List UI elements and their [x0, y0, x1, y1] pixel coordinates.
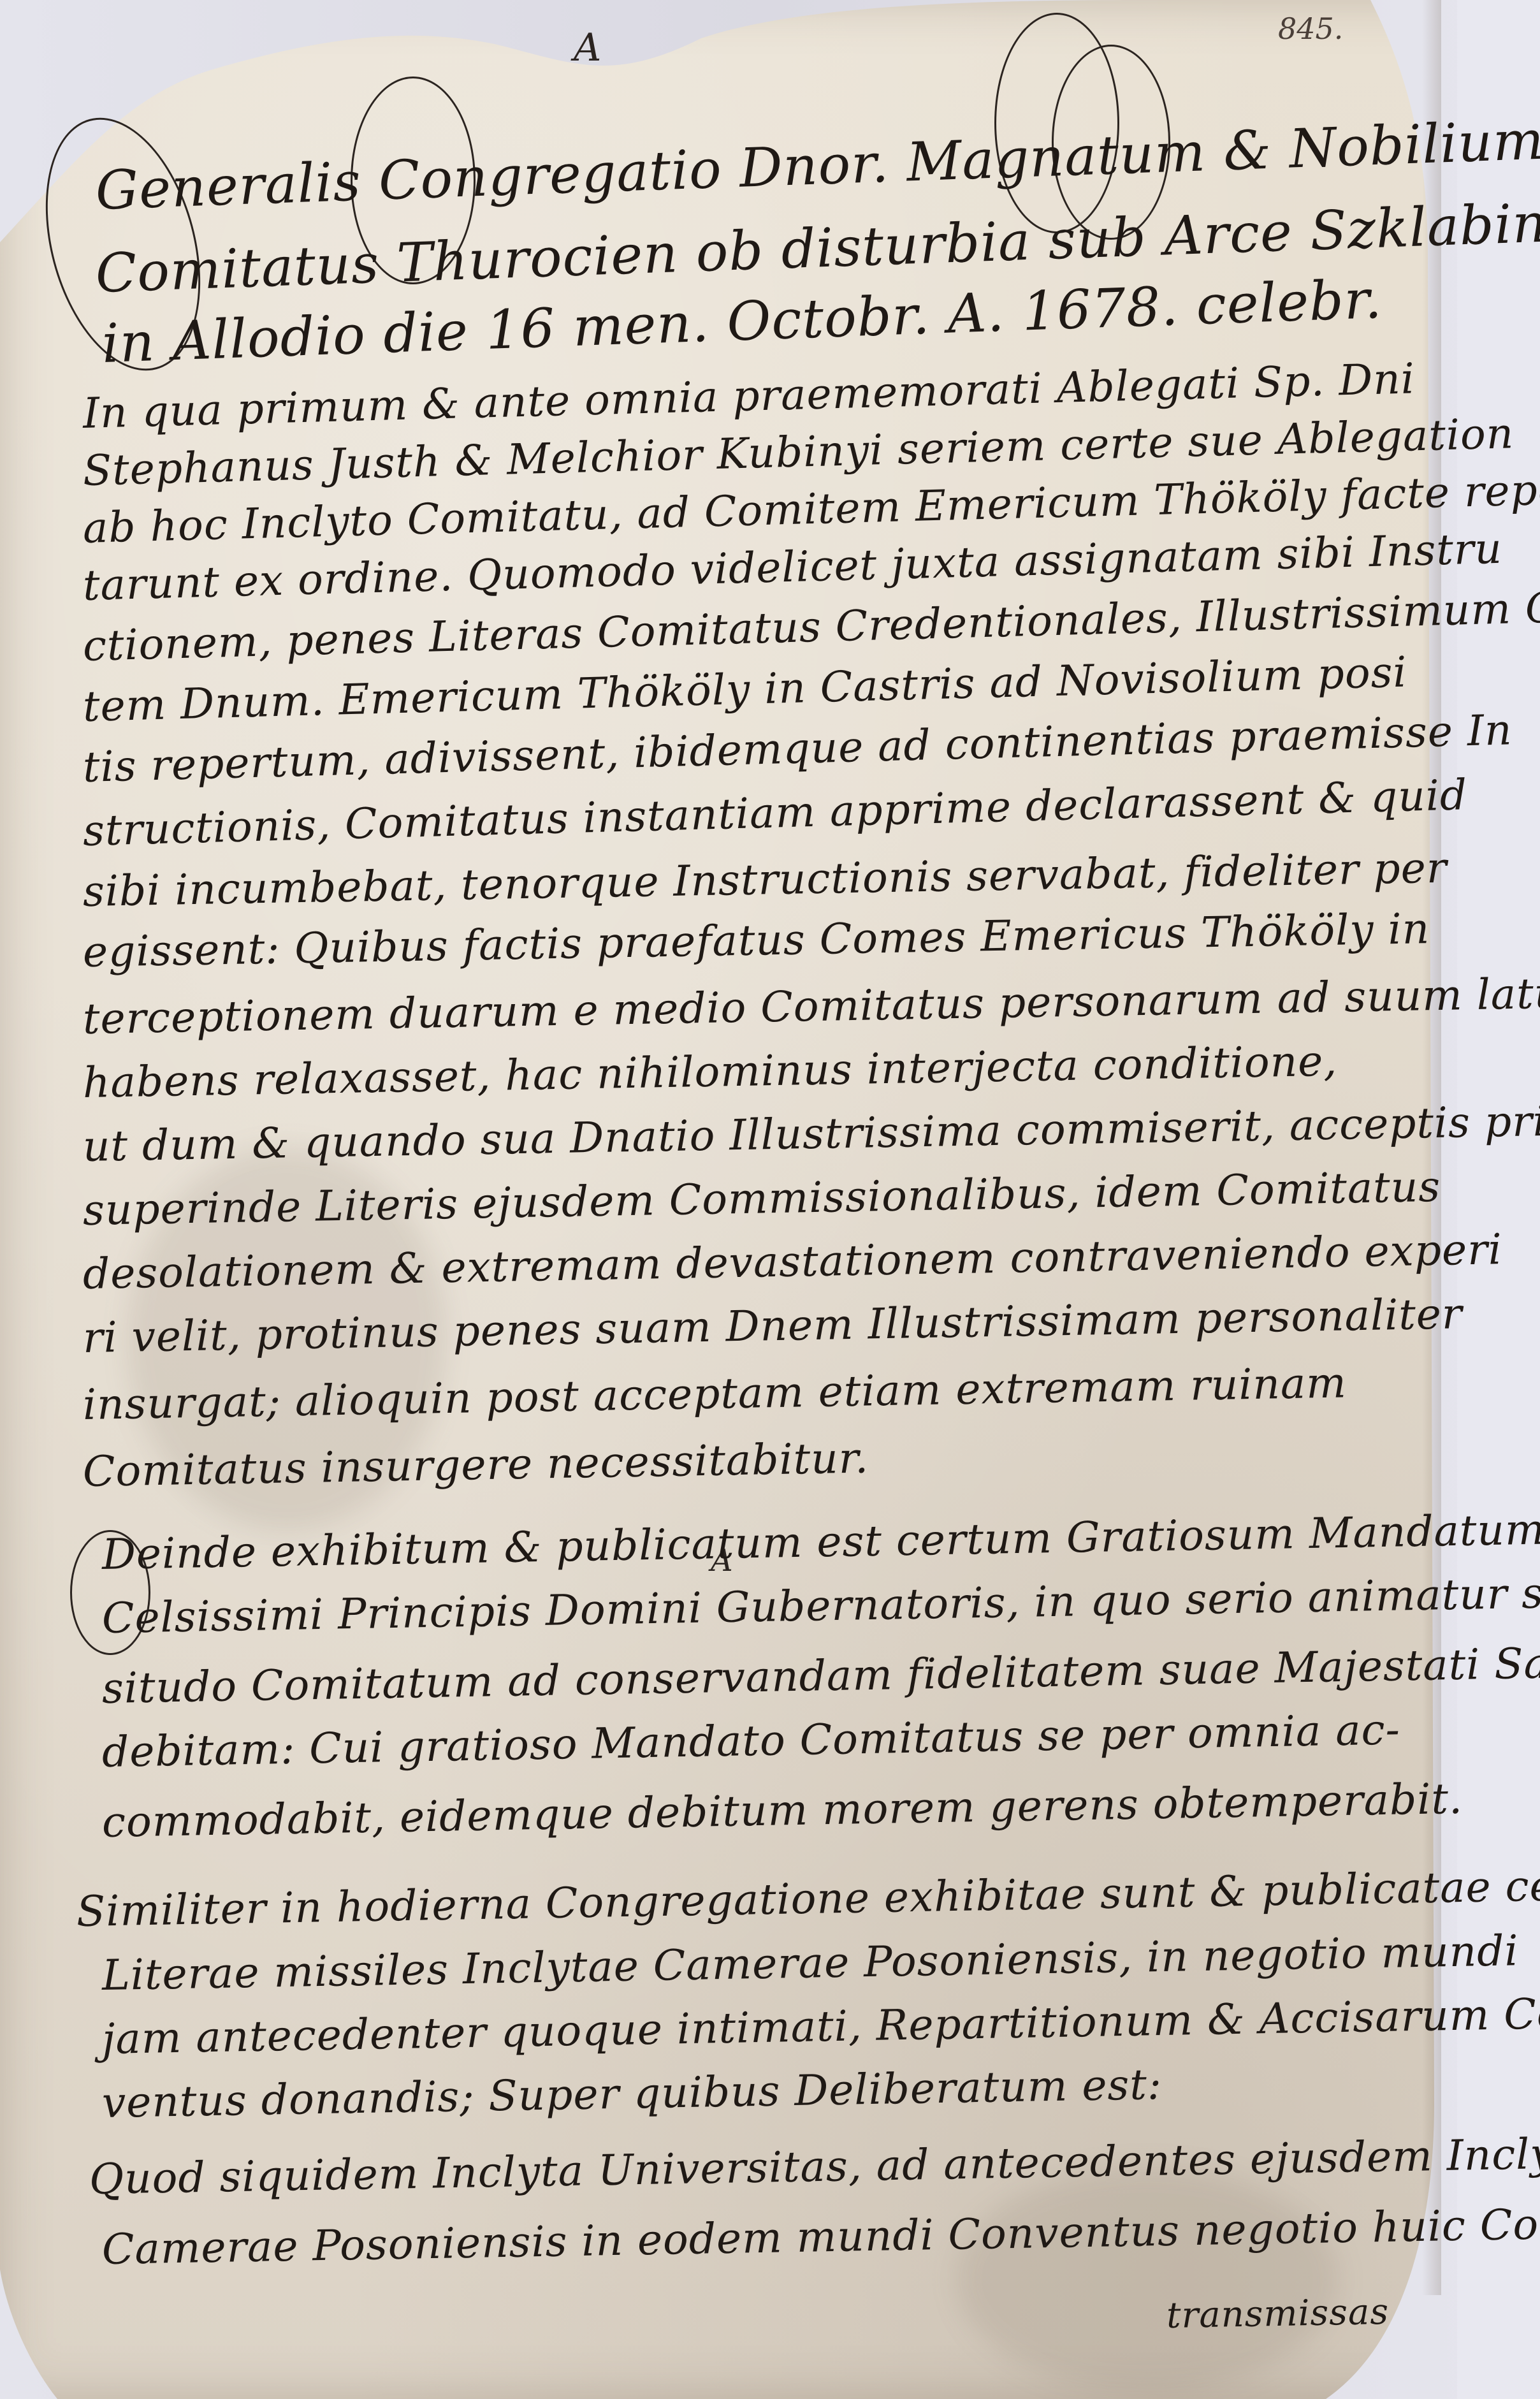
- paragraph-1-line: superinde Literis ejusdem Commissionalib…: [82, 1162, 1441, 1235]
- paragraph-3-line: jam antecedenter quoque intimati, Repart…: [101, 1988, 1540, 2064]
- paragraph-2-line: situdo Comitatum ad conservandam fidelit…: [101, 1634, 1540, 1713]
- paragraph-1-line: terceptionem duarum e medio Comitatus pe…: [82, 968, 1540, 1044]
- paragraph-2-line: debitam: Cui gratioso Mandato Comitatus …: [101, 1705, 1400, 1777]
- paragraph-1-line: insurgat; alioquin post acceptam etiam e…: [82, 1358, 1347, 1429]
- paragraph-3-line: Literae missiles Inclytae Camerae Posoni…: [101, 1926, 1519, 2000]
- paragraph-2-line: commodabit, eidemque debitum morem geren…: [101, 1774, 1463, 1847]
- paragraph-3-line: ventus donandis; Super quibus Deliberatu…: [101, 2060, 1162, 2127]
- paragraph-2-line: Celsissimi Principis Domini Gubernatoris…: [101, 1566, 1540, 1643]
- paragraph-1-line: Comitatus insurgere necessitabitur.: [82, 1433, 869, 1496]
- paragraph-1-line: desolationem & extremam devastationem co…: [82, 1225, 1502, 1299]
- paragraph-1-line: habens relaxasset, hac nihilominus inter…: [82, 1037, 1337, 1107]
- paragraph-1-line: ri velit, protinus penes suam Dnem Illus…: [82, 1289, 1463, 1362]
- paragraph-4-line: Quod siquidem Inclyta Universitas, ad an…: [89, 2128, 1540, 2204]
- paragraph-4-line: Camerae Posoniensis in eodem mundi Conve…: [101, 2197, 1540, 2274]
- paragraph-4-line: transmissas: [1166, 2291, 1389, 2337]
- paragraph-1-line: ut dum & quando sua Dnatio Illustrissima…: [82, 1096, 1540, 1171]
- paragraph-1-line: egissent: Quibus factis praefatus Comes …: [82, 904, 1430, 977]
- manuscript-text: Generalis Congregatio Dnor. Magnatum & N…: [0, 0, 1479, 2399]
- paragraph-2-line: Deinde exhibitum & publicatum est certum…: [101, 1505, 1540, 1579]
- paragraph-1-line: sibi incumbebat, tenorque Instructionis …: [82, 843, 1448, 916]
- paragraph-3-line: Similiter in hodierna Congregatione exhi…: [76, 1860, 1540, 1936]
